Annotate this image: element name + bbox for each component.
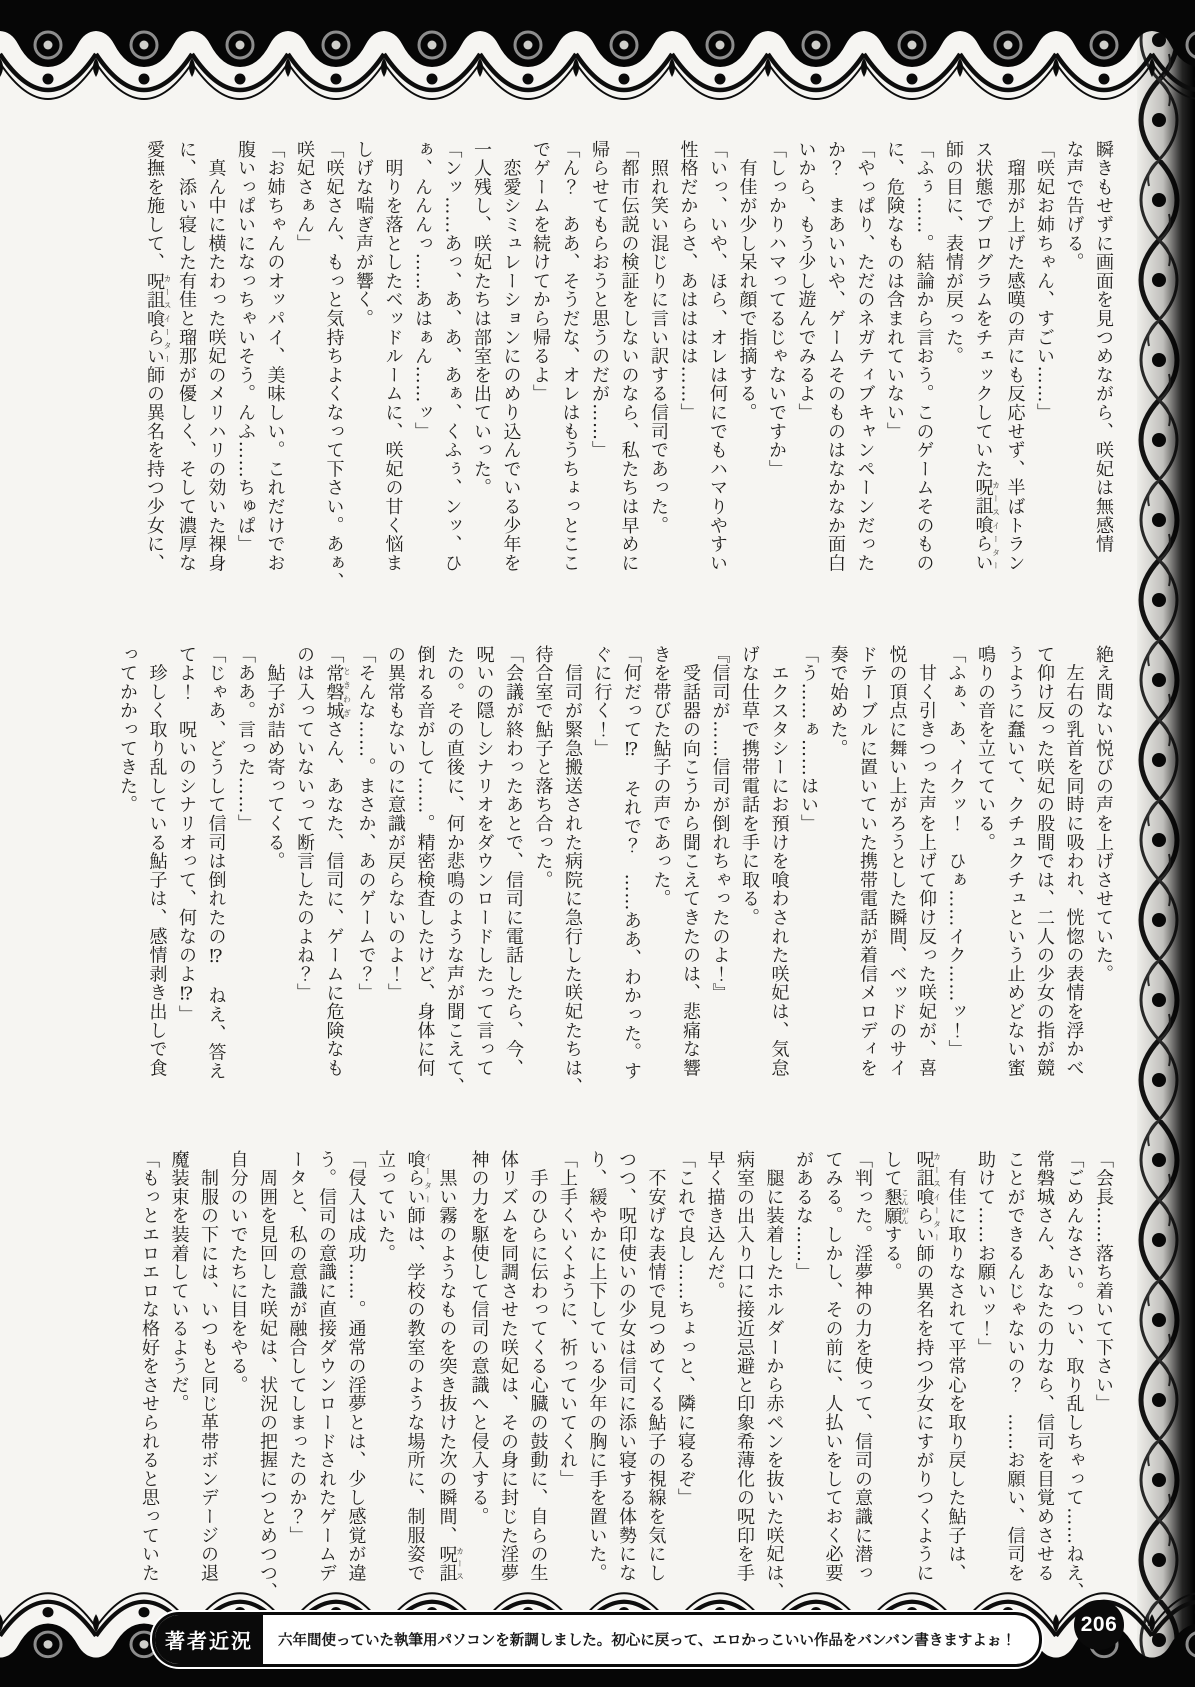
text-line: 悦の頂点に舞い上がろうとした瞬間、ベッドのサイ <box>882 645 912 1111</box>
text-line: があるな……」 <box>789 1150 819 1602</box>
text-line: 周囲を見回した咲妃は、状況の把握につとめつつ、 <box>253 1150 283 1602</box>
text-line: きを帯びた鮎子の声であった。 <box>646 645 676 1111</box>
text-line: 自分のいでたちに目をやる。 <box>223 1150 253 1602</box>
text-line: 黒い霧のようなものを突き抜けた次の瞬間、呪詛カース <box>432 1150 464 1602</box>
text-line: 有佳が少し呆れ顔で指摘する。 <box>732 140 762 602</box>
text-line: 「咲妃お姉ちゃん、すごい……」 <box>1030 140 1060 602</box>
text-line: 病室の出入り口に接近忌避と印象希薄化の呪印を手 <box>730 1150 760 1602</box>
text-line: 師の目に、表情が戻った。 <box>939 140 969 602</box>
text-line: 「都市伝説の検証をしないのなら、私たちは早めに <box>614 140 644 602</box>
text-line: いから、もう少し遊んでみるよ」 <box>791 140 821 602</box>
text-line: 「侵入は成功……。通常の淫夢とは、少し感覚が違 <box>341 1150 371 1602</box>
text-line: ってかかってきた。 <box>113 645 143 1111</box>
text-line: 早く描き込んだ。 <box>700 1150 730 1602</box>
text-line: て仰け反った咲妃の股間では、二人の少女の指が競 <box>1030 645 1060 1111</box>
text-line: 「ごめんなさい。つい、取り乱しちゃって……ねえ、 <box>1059 1150 1089 1602</box>
text-line: の異常もないのに意識が戻らないのよ！」 <box>381 645 411 1111</box>
ornamental-border-right <box>1137 0 1195 1687</box>
text-line: うように蠢いて、クチュクチュという止めどない蜜 <box>1000 645 1030 1111</box>
text-line: 「何だって⁉ それで？ ……ああ、わかった。す <box>617 645 647 1111</box>
text-line: して懇願こんがんする。 <box>877 1150 909 1602</box>
text-line: 「お姉ちゃんのオッパイ、美味しい。これだけでお <box>260 140 290 602</box>
text-line: 「常磐城ときわぎさん、あなた、信司に、ゲームに危険なも <box>319 645 351 1111</box>
text-line: 「しっかりハマってるじゃないですか」 <box>762 140 792 602</box>
text-line: 「咲妃さん、もっと気持ちよくなって下さい。あぁ、 <box>319 140 349 602</box>
text-line: に、危険なものは含まれていない」 <box>880 140 910 602</box>
text-line: 「じゃあ、どうして信司は倒れたの⁉ ねえ、答え <box>201 645 231 1111</box>
text-line: 恋愛シミュレーションにのめり込んでいる少年を <box>496 140 526 602</box>
text-line: 立っていた。 <box>371 1150 401 1602</box>
text-line: 照れ笑い混じりに言い訳する信司であった。 <box>644 140 674 602</box>
text-line: 真ん中に横たわった咲妃のメリハリの効いた裸身 <box>201 140 231 602</box>
text-line: 甘く引きつった声を上げて仰け反った咲妃が、喜 <box>912 645 942 1111</box>
text-line: 「判った。淫夢神の力を使って、信司の意識に潜っ <box>848 1150 878 1602</box>
text-line: 魔装束を装着しているようだ。 <box>164 1150 194 1602</box>
text-line: 有佳に取りなされて平常心を取り戻した鮎子は、 <box>941 1150 971 1602</box>
text-line: う。信司の意識に直接ダウンロードされたゲームデ <box>312 1150 342 1602</box>
text-line: 咲妃さぁん」 <box>290 140 320 602</box>
text-line: 明りを落としたベッドルームに、咲妃の甘く悩ま <box>378 140 408 602</box>
text-line: 神の力を駆使して信司の意識へと侵入する。 <box>464 1150 494 1602</box>
text-band-middle: 絶え間ない悦びの声を上げさせていた。 左右の乳首を同時に吸われ、恍惚の表情を浮か… <box>113 645 1119 1111</box>
text-line: 倒れる音がして……。精密検査したけど、身体に何 <box>410 645 440 1111</box>
text-line: しげな喘ぎ声が響く。 <box>349 140 379 602</box>
page-number: 206 <box>1081 1613 1118 1637</box>
text-line: たの。その直後に、何か悲鳴のような声が聞こえて、 <box>440 645 470 1111</box>
text-line: 一人残し、咲妃たちは部室を出ていった。 <box>467 140 497 602</box>
text-line: 「ああ。言った……」 <box>231 645 261 1111</box>
author-status-label: 著者近況 <box>155 1615 263 1664</box>
text-line: り、緩やかに上下している少年の胸に手を置いた。 <box>582 1150 612 1602</box>
text-line: つつ、呪印使いの少女は信司に添い寝する体勢にな <box>612 1150 642 1602</box>
text-line: ドテーブルに置いていた携帯電話が着信メロディを <box>853 645 883 1111</box>
text-line: ことができるんじゃないの？ ……お願い、信司を <box>1000 1150 1030 1602</box>
author-status-text: 六年間使っていた執筆用パソコンを新調しました。初心に戻って、エロかっこいい作品を… <box>263 1615 1026 1664</box>
text-line: 不安げな表情で見つめてくる鮎子の視線を気にし <box>641 1150 671 1602</box>
text-line: 左右の乳首を同時に吸われ、恍惚の表情を浮かべ <box>1059 645 1089 1111</box>
text-line: 「そんな……。まさか、あのゲームで？」 <box>351 645 381 1111</box>
text-line: 「やっぱり、ただのネガティブキャンペーンだった <box>850 140 880 602</box>
text-line: 「これで良し……ちょっと、隣に寝るぞ」 <box>671 1150 701 1602</box>
text-line: 常磐城さん、あなたの力なら、信司を目覚めさせる <box>1030 1150 1060 1602</box>
text-line: 奏で始めた。 <box>823 645 853 1111</box>
text-line: 鮎子が詰め寄ってくる。 <box>260 645 290 1111</box>
text-line: 「ふぅ……。結論から言おう。このゲームそのもの <box>909 140 939 602</box>
text-line: てよ！ 呪いのシナリオって、何なのよ⁉」 <box>172 645 202 1111</box>
text-line: 制服の下には、いつもと同じ革帯ボンデージの退 <box>194 1150 224 1602</box>
text-line: 「う……ぁ……はい」 <box>794 645 824 1111</box>
text-line: 「いっ、いや、ほら、オレは何にでもハマりやすい <box>703 140 733 602</box>
text-line: ぁ、んんんっ……あはぁん……ッ」 <box>408 140 438 602</box>
page-number-badge: 206 <box>1074 1600 1124 1650</box>
text-line: 呪いの隠しシナリオをダウンロードしたって言って <box>469 645 499 1111</box>
text-line: のは入っていないって断言したのよね？」 <box>290 645 320 1111</box>
text-band-top: 瞬きもせずに画面を見つめながら、咲妃は無感情な声で告げる。「咲妃お姉ちゃん、すご… <box>140 140 1119 602</box>
author-status-bar: 著者近況 六年間使っていた執筆用パソコンを新調しました。初心に戻って、エロかっこ… <box>152 1612 1042 1667</box>
text-line: 待合室で鮎子と落ち合った。 <box>528 645 558 1111</box>
text-line: ス状態でプログラムをチェックしていた呪詛喰らいカースイーター <box>968 140 1000 602</box>
text-line: 帰らせてもらおうと思うのだが……」 <box>585 140 615 602</box>
text-line: 「会長……落ち着いて下さい」 <box>1089 1150 1119 1602</box>
text-line: 性格だからさ、あはははは……」 <box>673 140 703 602</box>
text-line: ータと、私の意識が融合してしまったのか？」 <box>282 1150 312 1602</box>
text-line: 愛撫を施して、呪詛喰らいカースイーター師の異名を持つ少女に、 <box>140 140 172 602</box>
text-line: エクスタシーにお預けを喰わされた咲妃は、気怠 <box>764 645 794 1111</box>
text-line: 「ンッ……あっ、あ、あ、あぁ、くふぅ、ンッ、ひ <box>437 140 467 602</box>
text-line: 「ふぁ、あ、イクッ！ ひぁ……イク……ッ！」 <box>941 645 971 1111</box>
text-line: 瞬きもせずに画面を見つめながら、咲妃は無感情 <box>1089 140 1119 602</box>
text-line: 信司が緊急搬送された病院に急行した咲妃たちは、 <box>558 645 588 1111</box>
text-line: 「会議が終わったあとで、信司に電話したら、今、 <box>499 645 529 1111</box>
text-line: 体リズムを同調させた咲妃は、その身に封じた淫夢 <box>494 1150 524 1602</box>
text-line: 絶え間ない悦びの声を上げさせていた。 <box>1089 645 1119 1111</box>
text-line: に、添い寝した有佳と瑠那が優しく、そして濃厚な <box>172 140 202 602</box>
text-line: 「ん？ ああ、そうだな、オレはもうちょっとここ <box>555 140 585 602</box>
ornamental-border-top <box>0 0 1195 113</box>
text-line: 腹いっぱいになっちゃいそう。んふ……ちゅぱ」 <box>231 140 261 602</box>
text-line: 「上手くいくように、祈っていてくれ」 <box>553 1150 583 1602</box>
text-line: 呪詛喰らいカースイーター師の異名を持つ少女にすがりつくように <box>909 1150 941 1602</box>
text-line: な声で告げる。 <box>1059 140 1089 602</box>
text-line: 手のひらに伝わってくる心臓の鼓動に、自らの生 <box>523 1150 553 1602</box>
text-band-bottom: 「会長……落ち着いて下さい」「ごめんなさい。つい、取り乱しちゃって……ねえ、常磐… <box>135 1150 1119 1602</box>
text-line: か？ まあいいや、ゲームそのものはなかなか面白 <box>821 140 851 602</box>
text-line: 腿に装着したホルダーから赤ペンを抜いた咲妃は、 <box>759 1150 789 1602</box>
text-line: 受話器の向こうから聞こえてきたのは、悲痛な響 <box>676 645 706 1111</box>
text-line: てみる。しかし、その前に、人払いをしておく必要 <box>818 1150 848 1602</box>
text-line: 『信司が……信司が倒れちゃったのよ！』 <box>705 645 735 1111</box>
text-line: 助けて……お願いッ！」 <box>971 1150 1001 1602</box>
text-line: 鳴りの音を立てている。 <box>971 645 1001 1111</box>
text-line: 瑠那が上げた感嘆の声にも反応せず、半ばトラン <box>1000 140 1030 602</box>
text-line: げな仕草で携帯電話を手に取る。 <box>735 645 765 1111</box>
text-line: 喰らいイーター師は、学校の教室のような場所に、制服姿で <box>400 1150 432 1602</box>
text-line: ぐに行く！」 <box>587 645 617 1111</box>
text-line: でゲームを続けてから帰るよ」 <box>526 140 556 602</box>
text-line: 「もっとエロエロな格好をさせられると思っていた <box>135 1150 165 1602</box>
text-line: 珍しく取り乱している鮎子は、感情剥き出しで食 <box>142 645 172 1111</box>
